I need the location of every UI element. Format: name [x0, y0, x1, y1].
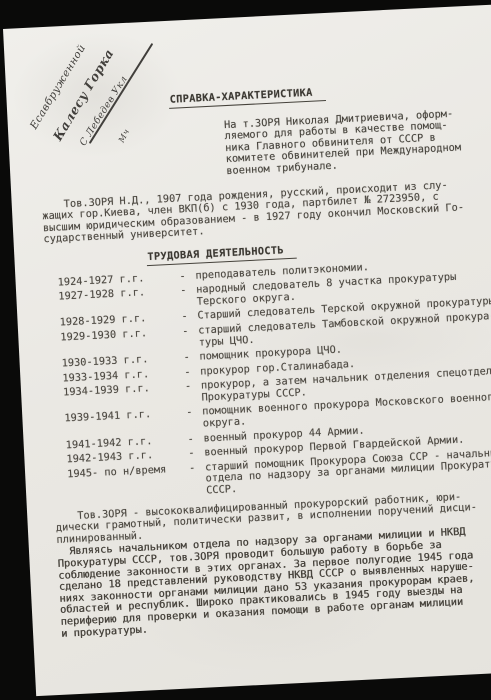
document-title: СПРАВКА-ХАРАКТЕРИСТИКА: [168, 87, 325, 108]
scanned-document-photo: { "scan": { "background_color": "#0a0a09…: [0, 0, 491, 700]
career-dash: -: [180, 285, 197, 309]
career-years: 1929-1930 г.г.: [60, 326, 183, 355]
career-dash: -: [186, 407, 203, 431]
typewritten-content: СПРАВКА-ХАРАКТЕРИСТИКА На т.ЗОРЯ Николая…: [31, 4, 491, 640]
addressee-paragraph: На т.ЗОРЯ Николая Дмитриевича, оформ- ля…: [224, 107, 482, 178]
career-dash: -: [179, 270, 196, 282]
career-years: 1927-1928 г.г.: [58, 286, 181, 315]
career-dash: -: [187, 433, 204, 445]
biography-paragraph: Тов.ЗОРЯ Н.Д., 1907 года рождения, русск…: [42, 176, 491, 246]
career-dash: -: [189, 462, 207, 498]
career-dash: -: [182, 326, 199, 350]
career-dash: -: [188, 448, 205, 460]
career-years: 1945- по н/время: [67, 463, 191, 504]
career-dash: -: [181, 311, 198, 323]
career-dash: -: [184, 366, 201, 378]
career-years: 1939-1941 г.г.: [64, 408, 187, 437]
career-dash: -: [183, 352, 200, 364]
career-list: 1924-1927 г.г. - преподаватель политэкон…: [57, 254, 491, 504]
career-years: 1934-1939 г.г.: [63, 382, 186, 411]
career-section-heading: ТРУДОВАЯ ДЕЯТЕЛЬНОСТЬ: [146, 245, 297, 266]
document-paper: Есавбруженной Калесу Горка С Лебедев Укл…: [3, 2, 491, 696]
career-dash: -: [185, 381, 202, 405]
